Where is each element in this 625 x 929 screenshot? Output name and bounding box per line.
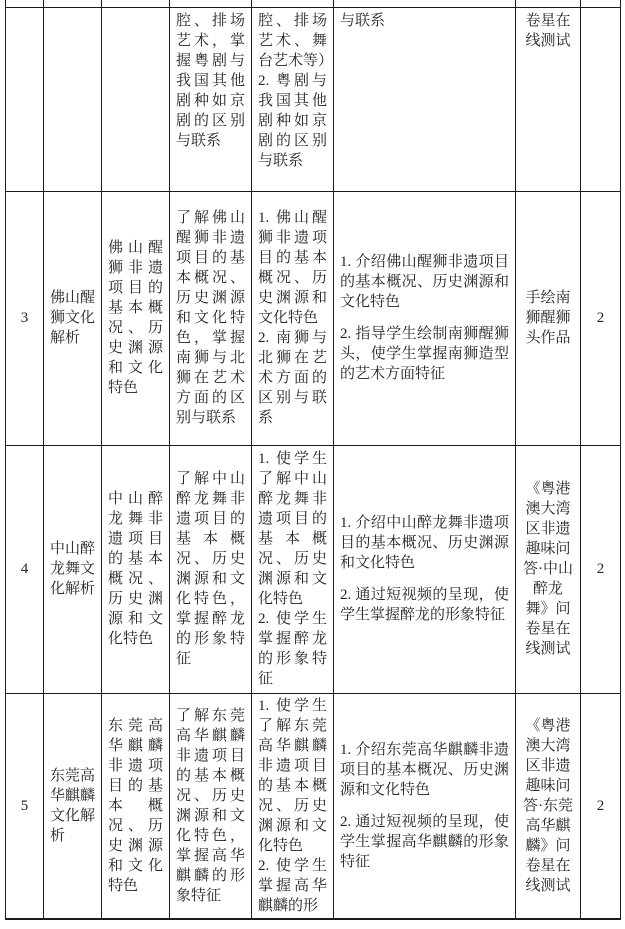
objective-cell: 腔、排场艺术，掌握粤剧与我国其他剧种如京剧的区别与联系 (170, 7, 252, 191)
clipped-cell (252, 0, 334, 7)
clipped-row-top (6, 0, 621, 7)
key-points-cell: 1. 使学生了解东莞高华麒麟非遗项目的基本概况、历史渊源和文化特色 2. 使学生… (252, 693, 334, 919)
row-number-cell (6, 7, 44, 191)
key-points-cell: 腔、排场艺术、舞台艺术等） 2. 粤剧与我国其他剧种如京剧的区别与联系 (252, 7, 334, 191)
row-number-cell: 3 (6, 191, 44, 445)
clipped-cell (581, 0, 621, 7)
content-cell: 东莞高华麒麟非遗项目的基本概况、历史渊源和文化特色 (102, 693, 170, 919)
objective-cell: 了解东莞高华麒麟非遗项目的基本概况、历史渊源和文化特色，掌握高华麒麟的形象特征 (170, 693, 252, 919)
activities-paragraph-1: 1. 介绍东莞高华麒麟非遗项目的基本概况、历史渊源和文化特色 (340, 740, 509, 800)
content-cell: 佛山醒狮非遗项目的基本概况、历史渊源和文化特色 (102, 191, 170, 445)
activities-cell: 与联系 (334, 7, 516, 191)
key-points-paragraph-1: 1. 佛山醒狮非遗项目的基本概况、历史渊源和文化特色 (258, 208, 327, 328)
topic-cell (44, 7, 102, 191)
activities-paragraph-2: 2. 指导学生绘制南狮醒狮头，使学生掌握南狮造型的艺术方面特征 (340, 324, 509, 384)
hours-cell: 2 (581, 445, 621, 693)
row-number-cell: 5 (6, 693, 44, 919)
hours-cell: 2 (581, 191, 621, 445)
activities-paragraph-2: 2. 通过短视频的呈现，使学生掌握醉龙的形象特征 (340, 585, 509, 625)
activities-paragraph-1: 1. 介绍佛山醒狮非遗项目的基本概况、历史渊源和文化特色 (340, 252, 509, 312)
activities-paragraph-1: 1. 介绍中山醉龙舞非遗项目的基本概况、历史渊源和文化特色 (340, 513, 509, 573)
assessment-cell: 《粤港澳大湾区非遗趣味问答·中山醉龙舞》问卷星在线测试 (516, 445, 581, 693)
assessment-cell: 手绘南狮醒狮头作品 (516, 191, 581, 445)
clipped-cell (102, 0, 170, 7)
activities-paragraph-2: 2. 通过短视频的呈现，使学生掌握高华麒麟的形象特征 (340, 812, 509, 872)
hours-cell (581, 7, 621, 191)
key-points-paragraph-1: 1. 使学生了解中山醉龙舞非遗项目的基本概况、历史渊源和文化特色 (258, 449, 327, 609)
clipped-cell (334, 0, 516, 7)
assessment-cell: 卷星在线测试 (516, 7, 581, 191)
table-row-5: 5 东莞高华麒麟文化解析 东莞高华麒麟非遗项目的基本概况、历史渊源和文化特色 了… (6, 693, 621, 919)
table-row-4: 4 中山醉龙舞文化解析 中山醉龙舞非遗项目的基本概况、历史渊源和文化特色 了解中… (6, 445, 621, 693)
content-cell (102, 7, 170, 191)
key-points-paragraph-2: 2. 南狮与北狮在艺术方面的区别与联系 (258, 328, 327, 428)
table-row-continuation: 腔、排场艺术，掌握粤剧与我国其他剧种如京剧的区别与联系 腔、排场艺术、舞台艺术等… (6, 7, 621, 191)
content-cell: 中山醉龙舞非遗项目的基本概况、历史渊源和文化特色 (102, 445, 170, 693)
activities-paragraph-1: 与联系 (340, 11, 509, 31)
table-row-3: 3 佛山醒狮文化解析 佛山醒狮非遗项目的基本概况、历史渊源和文化特色 了解佛山醒… (6, 191, 621, 445)
row-number-cell: 4 (6, 445, 44, 693)
key-points-paragraph-1: 1. 使学生了解东莞高华麒麟非遗项目的基本概况、历史渊源和文化特色 (258, 696, 327, 856)
activities-cell: 1. 介绍东莞高华麒麟非遗项目的基本概况、历史渊源和文化特色 2. 通过短视频的… (334, 693, 516, 919)
clipped-cell (516, 0, 581, 7)
clipped-cell (170, 0, 252, 7)
key-points-paragraph-2: 2. 粤剧与我国其他剧种如京剧的区别与联系 (258, 71, 327, 171)
key-points-cell: 1. 使学生了解中山醉龙舞非遗项目的基本概况、历史渊源和文化特色 2. 使学生掌… (252, 445, 334, 693)
activities-cell: 1. 介绍佛山醒狮非遗项目的基本概况、历史渊源和文化特色 2. 指导学生绘制南狮… (334, 191, 516, 445)
topic-cell: 东莞高华麒麟文化解析 (44, 693, 102, 919)
key-points-paragraph-2: 2. 使学生掌握醉龙的形象特征 (258, 609, 327, 689)
key-points-paragraph-2: 2. 使学生掌握高华麒麟的形 (258, 856, 327, 916)
objective-cell: 了解佛山醒狮非遗项目的基本概况、历史渊源和文化特色，掌握南狮与北狮在艺术方面的区… (170, 191, 252, 445)
key-points-paragraph-1: 腔、排场艺术、舞台艺术等） (258, 11, 327, 71)
course-schedule-table: 腔、排场艺术，掌握粤剧与我国其他剧种如京剧的区别与联系 腔、排场艺术、舞台艺术等… (5, 0, 621, 920)
activities-cell: 1. 介绍中山醉龙舞非遗项目的基本概况、历史渊源和文化特色 2. 通过短视频的呈… (334, 445, 516, 693)
topic-cell: 中山醉龙舞文化解析 (44, 445, 102, 693)
key-points-cell: 1. 佛山醒狮非遗项目的基本概况、历史渊源和文化特色 2. 南狮与北狮在艺术方面… (252, 191, 334, 445)
hours-cell: 2 (581, 693, 621, 919)
topic-cell: 佛山醒狮文化解析 (44, 191, 102, 445)
document-page: 腔、排场艺术，掌握粤剧与我国其他剧种如京剧的区别与联系 腔、排场艺术、舞台艺术等… (0, 0, 625, 929)
assessment-cell: 《粤港澳大湾区非遗趣味问答·东莞高华麒麟》问卷星在线测试 (516, 693, 581, 919)
clipped-cell (44, 0, 102, 7)
clipped-cell (6, 0, 44, 7)
objective-cell: 了解中山醉龙舞非遗项目的基本概况、历史渊源和文化特色，掌握醉龙的形象特征 (170, 445, 252, 693)
